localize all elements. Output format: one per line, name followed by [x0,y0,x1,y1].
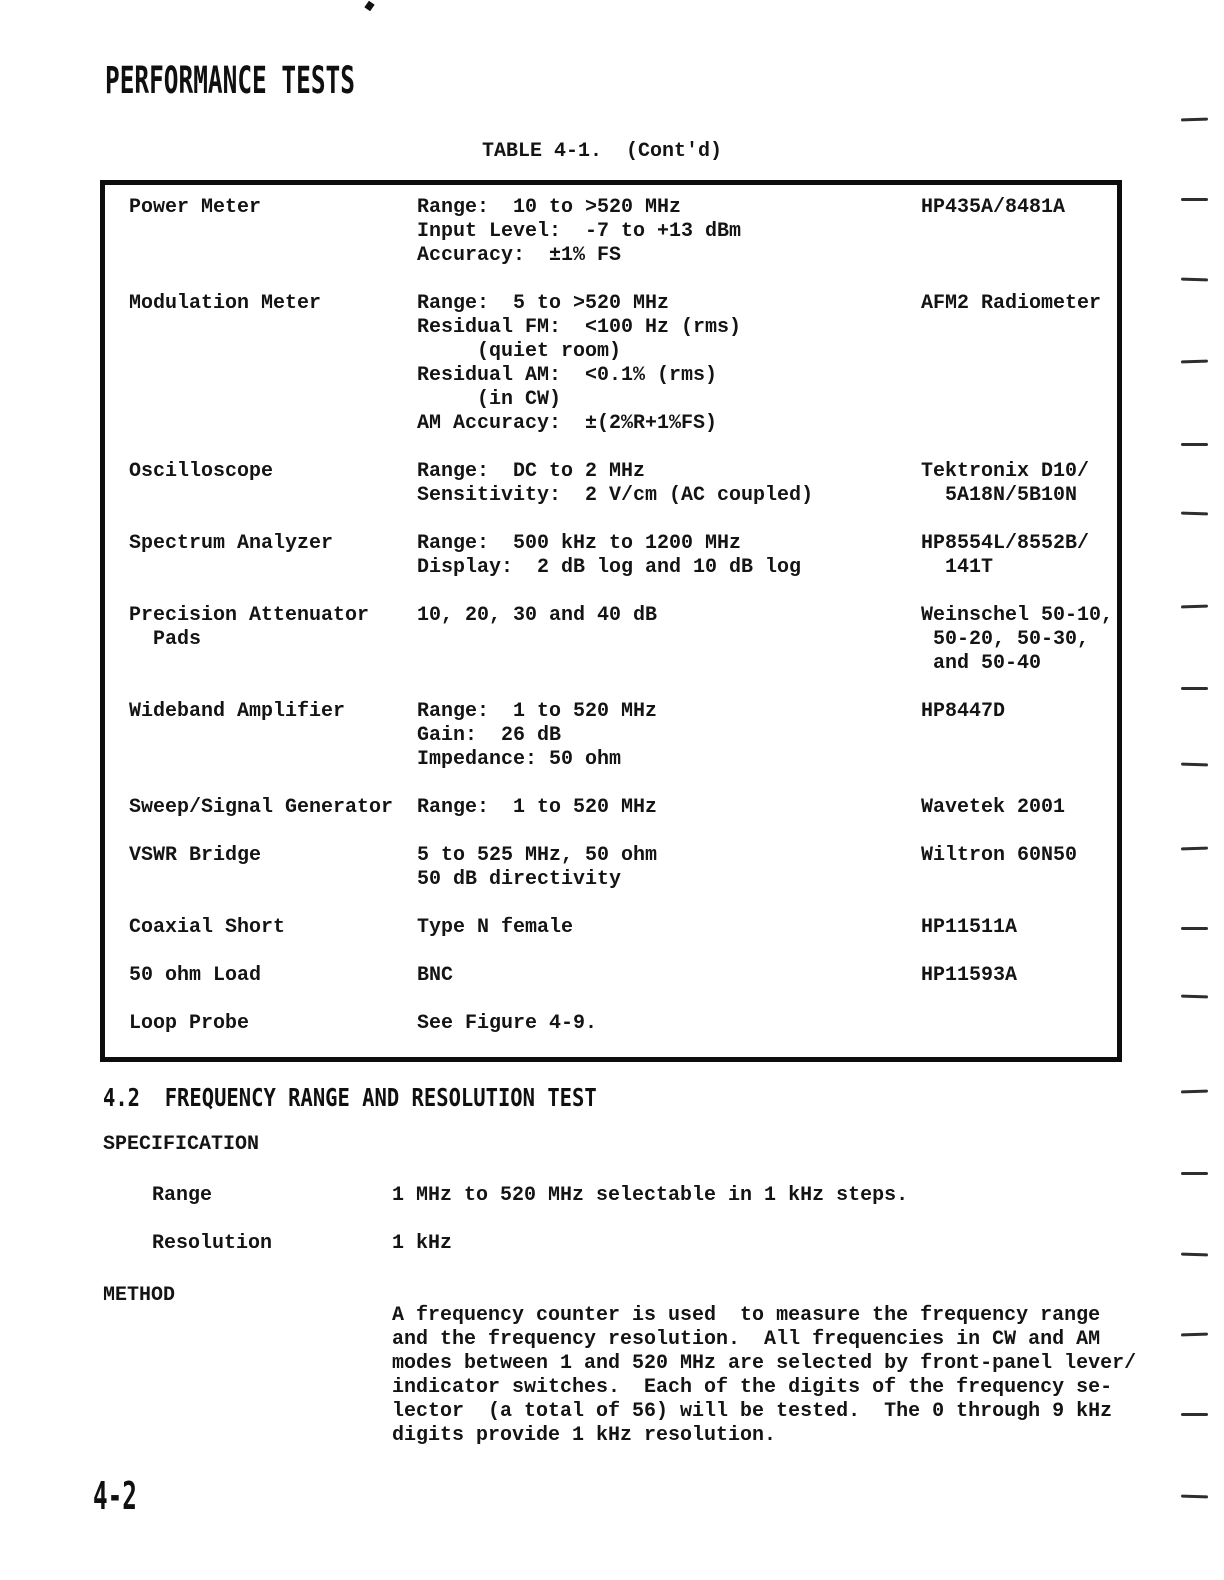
document-page: PERFORMANCE TESTS TABLE 4-1. (Cont'd) Po… [0,0,1224,1580]
table-cell-model: HP8554L/8552B/ 141T [921,532,1117,580]
scan-dash-mark [1181,278,1208,282]
table-cell-model: HP435A/8481A [921,196,1117,268]
spec-range-label: Range [152,1184,212,1208]
equipment-table: Power MeterRange: 10 to >520 MHz Input L… [100,180,1122,1062]
spec-resolution-label: Resolution [152,1232,272,1256]
scan-dash-mark [1181,118,1208,122]
method-label: METHOD [103,1284,175,1308]
table-cell-item: Wideband Amplifier [105,700,417,772]
table-cell-model: Tektronix D10/ 5A18N/5B10N [921,460,1117,508]
table-row: OscilloscopeRange: DC to 2 MHz Sensitivi… [105,460,1117,508]
scan-dash-mark [1181,995,1208,999]
equipment-table-rows: Power MeterRange: 10 to >520 MHz Input L… [105,196,1117,1036]
spec-row-resolution: Resolution 1 kHz [0,1232,1224,1256]
table-row: Precision Attenuator Pads10, 20, 30 and … [105,604,1117,676]
page-number: 4-2 [93,1477,137,1515]
scan-dash-mark [1181,763,1208,767]
scan-dash-mark [1181,360,1208,364]
table-cell-model: HP11593A [921,964,1117,988]
scan-speck-mark [364,1,374,12]
table-row: VSWR Bridge5 to 525 MHz, 50 ohm 50 dB di… [105,844,1117,892]
table-row: Wideband AmplifierRange: 1 to 520 MHz Ga… [105,700,1117,772]
table-cell-model [921,1012,1117,1036]
table-cell-characteristics: Range: 500 kHz to 1200 MHz Display: 2 dB… [417,532,921,580]
table-row: Loop ProbeSee Figure 4-9. [105,1012,1117,1036]
table-cell-item: VSWR Bridge [105,844,417,892]
table-row: 50 ohm LoadBNCHP11593A [105,964,1117,988]
table-cell-characteristics: Range: 1 to 520 MHz [417,796,921,820]
section-heading: 4.2 FREQUENCY RANGE AND RESOLUTION TEST [103,1085,597,1110]
table-cell-item: Precision Attenuator Pads [105,604,417,676]
table-row: Coaxial ShortType N femaleHP11511A [105,916,1117,940]
table-row: Modulation MeterRange: 5 to >520 MHz Res… [105,292,1117,436]
table-cell-model: HP11511A [921,916,1117,940]
table-cell-item: Modulation Meter [105,292,417,436]
scan-dash-mark [1181,927,1208,930]
table-cell-model: Wiltron 60N50 [921,844,1117,892]
scan-dash-mark [1181,443,1208,446]
scan-dash-mark [1181,1333,1208,1337]
method-paragraph: A frequency counter is used to measure t… [392,1304,1136,1448]
scan-dash-mark [1181,847,1208,851]
scan-dash-mark [1181,1172,1208,1175]
table-cell-characteristics: Range: 5 to >520 MHz Residual FM: <100 H… [417,292,921,436]
table-cell-item: 50 ohm Load [105,964,417,988]
scan-dash-mark [1181,198,1208,201]
table-cell-characteristics: 5 to 525 MHz, 50 ohm 50 dB directivity [417,844,921,892]
table-row: Power MeterRange: 10 to >520 MHz Input L… [105,196,1117,268]
spec-resolution-value: 1 kHz [392,1232,452,1256]
spec-row-range: Range 1 MHz to 520 MHz selectable in 1 k… [0,1184,1224,1208]
table-cell-item: Oscilloscope [105,460,417,508]
table-cell-model: Weinschel 50-10, 50-20, 50-30, and 50-40 [921,604,1117,676]
specification-label: SPECIFICATION [103,1133,259,1157]
page-title: PERFORMANCE TESTS [105,62,355,99]
table-cell-characteristics: BNC [417,964,921,988]
scan-dash-mark [1181,512,1208,516]
table-row: Spectrum AnalyzerRange: 500 kHz to 1200 … [105,532,1117,580]
table-cell-item: Sweep/Signal Generator [105,796,417,820]
table-cell-model: Wavetek 2001 [921,796,1117,820]
table-cell-model: HP8447D [921,700,1117,772]
table-cell-characteristics: Range: 1 to 520 MHz Gain: 26 dB Impedanc… [417,700,921,772]
table-title: TABLE 4-1. (Cont'd) [482,140,722,164]
table-cell-item: Loop Probe [105,1012,417,1036]
table-row: Sweep/Signal GeneratorRange: 1 to 520 MH… [105,796,1117,820]
table-cell-model: AFM2 Radiometer [921,292,1117,436]
scan-dash-mark [1181,1495,1208,1499]
scan-dash-mark [1181,687,1208,690]
table-cell-item: Coaxial Short [105,916,417,940]
table-cell-characteristics: See Figure 4-9. [417,1012,921,1036]
spec-range-value: 1 MHz to 520 MHz selectable in 1 kHz ste… [392,1184,908,1208]
scan-dash-mark [1181,1413,1208,1416]
table-cell-characteristics: Range: 10 to >520 MHz Input Level: -7 to… [417,196,921,268]
scan-dash-mark [1181,605,1208,609]
table-cell-item: Spectrum Analyzer [105,532,417,580]
scan-dash-mark [1181,1090,1208,1094]
table-cell-characteristics: 10, 20, 30 and 40 dB [417,604,921,676]
table-cell-characteristics: Range: DC to 2 MHz Sensitivity: 2 V/cm (… [417,460,921,508]
table-cell-item: Power Meter [105,196,417,268]
table-cell-characteristics: Type N female [417,916,921,940]
